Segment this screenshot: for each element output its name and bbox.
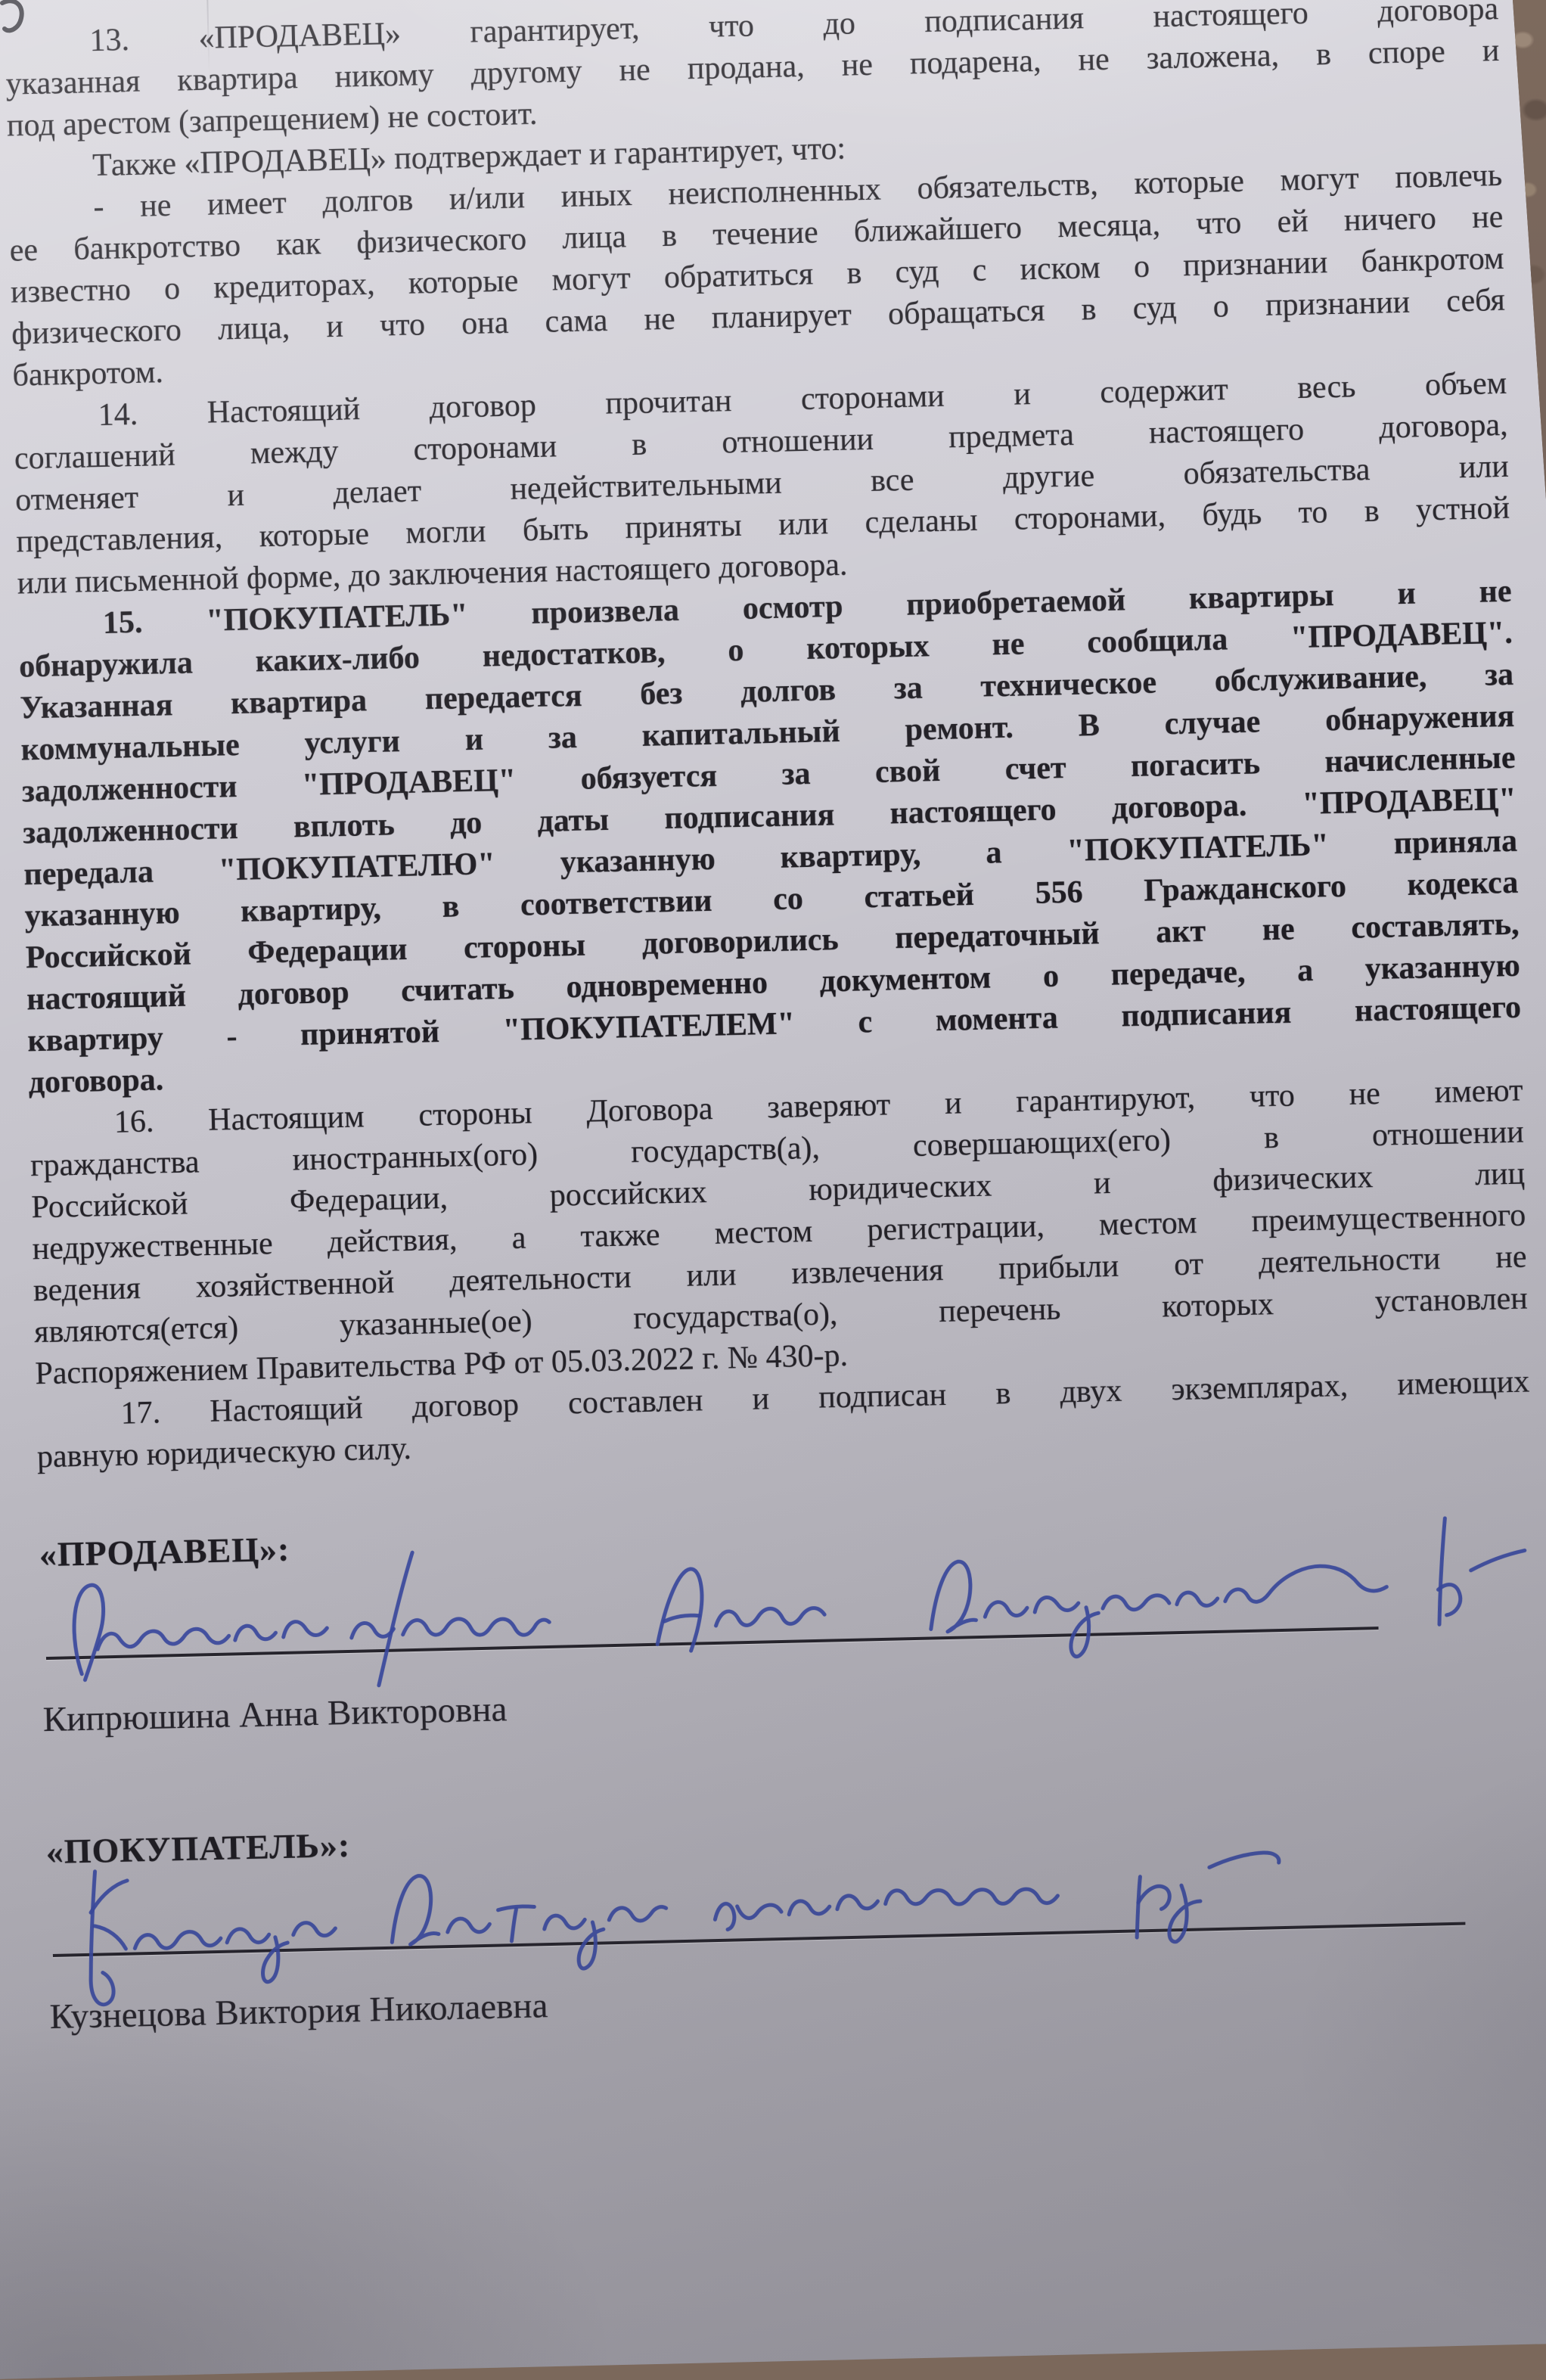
corner-pen-mark	[0, 0, 45, 53]
contract-text: 13. «ПРОДАВЕЦ» гарантирует, что до подпи…	[5, 0, 1531, 1478]
document-content: 13. «ПРОДАВЕЦ» гарантирует, что до подпи…	[0, 0, 1546, 2040]
photo-of-document: { "meta": { "description": "Photographed…	[0, 0, 1546, 2253]
seller-signature-area	[40, 1543, 1536, 1682]
buyer-signature-block: «ПОКУПАТЕЛЬ»:	[45, 1796, 1544, 2038]
seller-signature-block: «ПРОДАВЕЦ»:	[39, 1499, 1537, 1741]
document-page: 13. «ПРОДАВЕЦ» гарантирует, что до подпи…	[0, 0, 1546, 2253]
seller-handwritten-signature	[29, 1479, 1546, 1710]
buyer-signature-area	[46, 1840, 1542, 1980]
buyer-handwritten-signature	[36, 1776, 1546, 2007]
